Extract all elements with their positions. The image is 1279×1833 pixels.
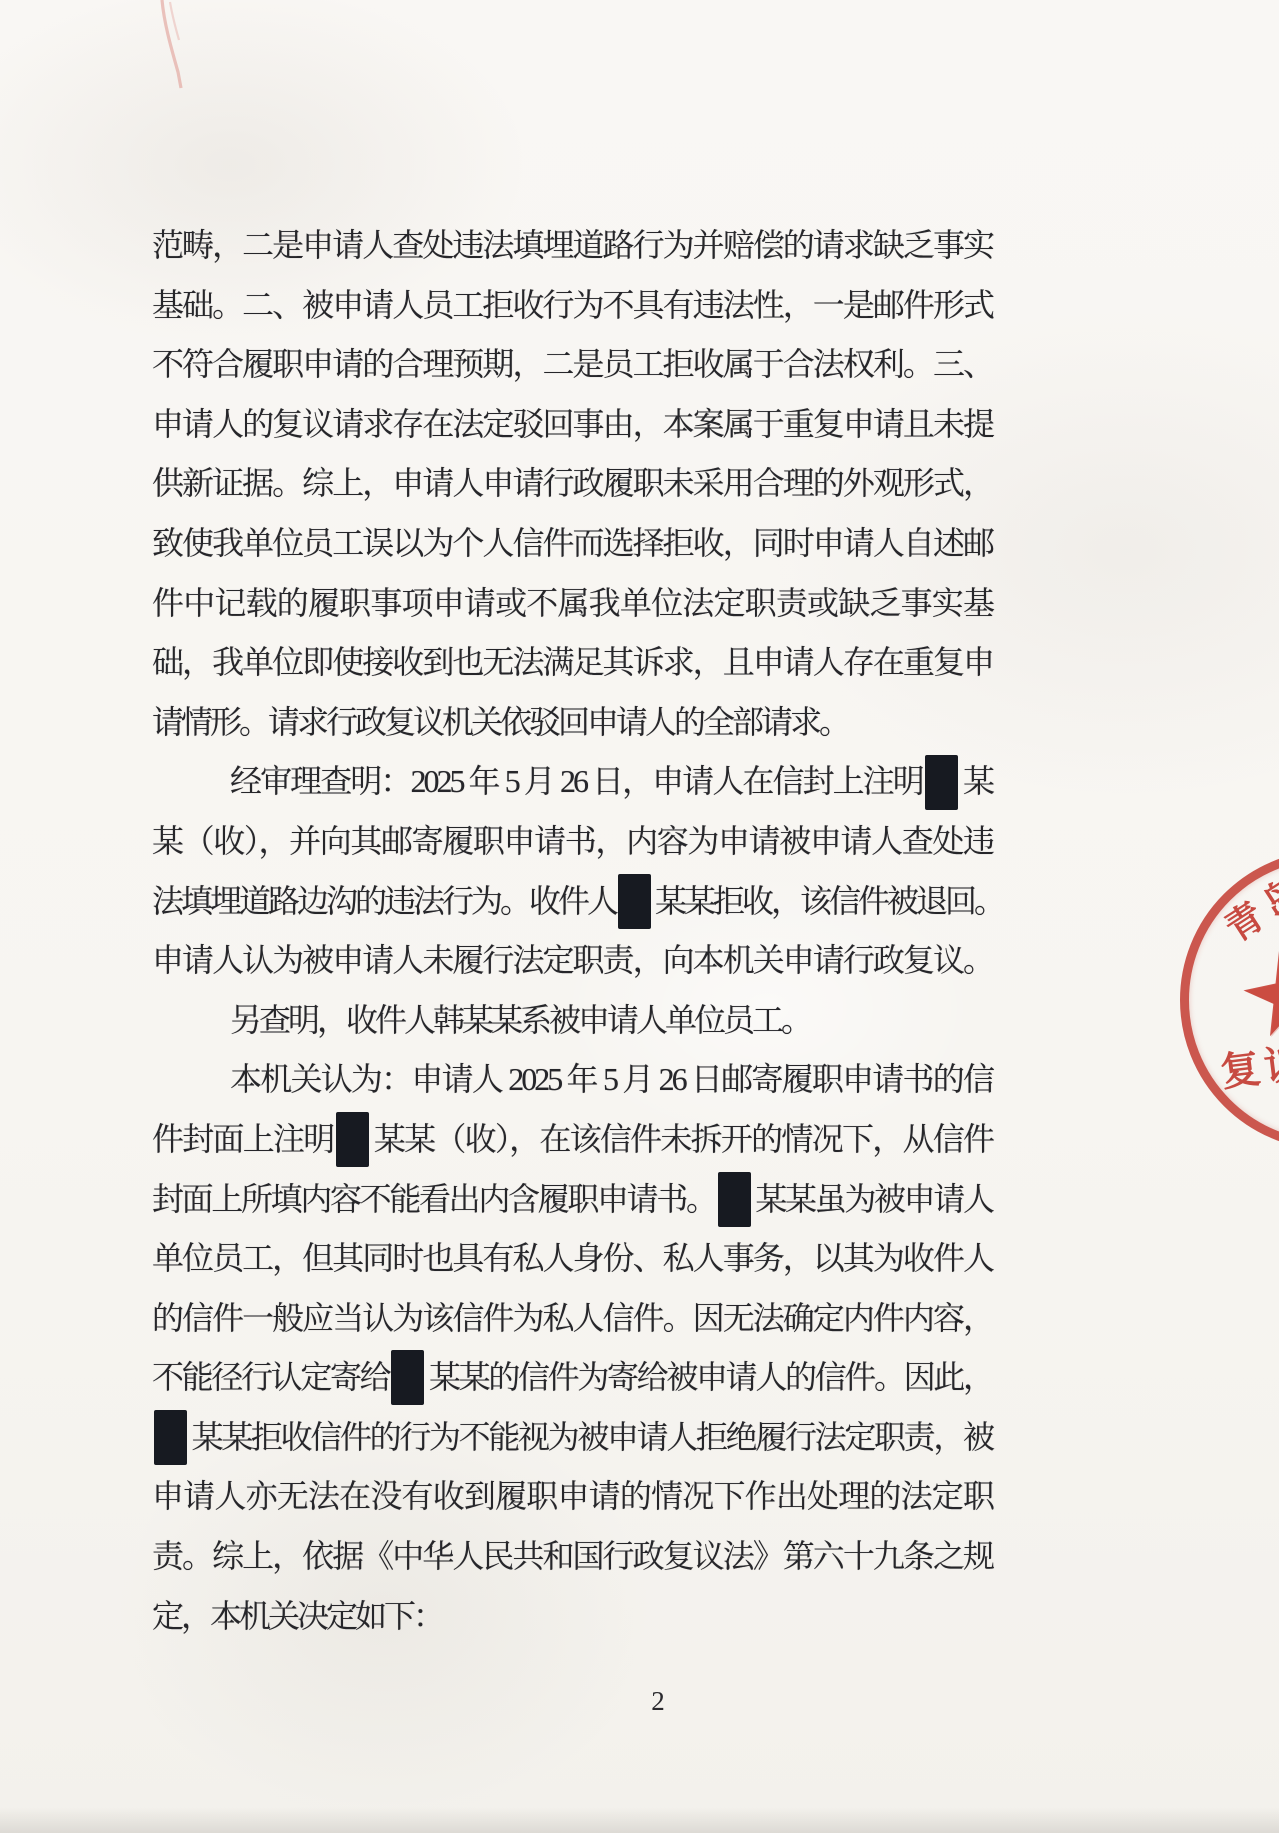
redaction-box	[718, 1172, 751, 1227]
redaction-box	[336, 1112, 369, 1167]
redaction-box	[618, 874, 651, 929]
seal-arc-bottom-text: 复议	[1217, 1031, 1279, 1098]
seal-ring	[1180, 850, 1279, 1150]
redaction-box	[925, 755, 958, 810]
seal-star-icon: ★	[1227, 929, 1279, 1059]
document-line: 法填埋道路边沟的违法行为。收件人某某拒收，该信件被退回。	[152, 872, 992, 932]
document-line: 本机关认为：申请人 2025 年 5 月 26 日邮寄履职申请书的信	[152, 1050, 992, 1110]
document-line: 不符合履职申请的合理预期，二是员工拒收属于合法权利。三、	[152, 335, 992, 395]
document-line: 申请人认为被申请人未履行法定职责，向本机关申请行政复议。	[152, 931, 992, 991]
document-line: 不能径行认定寄给某某的信件为寄给被申请人的信件。因此，	[152, 1348, 992, 1408]
seal-arc-top-text: 青岛	[1213, 858, 1279, 952]
document-line: 某某拒收信件的行为不能视为被申请人拒绝履行法定职责，被	[152, 1408, 992, 1468]
document-line: 单位员工，但其同时也具有私人身份、私人事务，以其为收件人	[152, 1229, 992, 1289]
document-line: 供新证据。综上，申请人申请行政履职未采用合理的外观形式，	[152, 454, 992, 514]
document-line: 致使我单位员工误以为个人信件而选择拒收，同时申请人自述邮	[152, 514, 992, 574]
document-line: 基础。二、被申请人员工拒收行为不具有违法性，一是邮件形式	[152, 276, 992, 336]
scanned-document-page: 范畴，二是申请人查处违法填埋道路行为并赔偿的请求缺乏事实基础。二、被申请人员工拒…	[0, 0, 1279, 1833]
official-seal: 青岛 ★ 复议	[1180, 850, 1279, 1150]
redaction-box	[391, 1350, 424, 1405]
document-line: 另查明，收件人韩某某系被申请人单位员工。	[152, 991, 992, 1051]
document-body: 范畴，二是申请人查处违法填埋道路行为并赔偿的请求缺乏事实基础。二、被申请人员工拒…	[152, 216, 992, 1646]
document-line: 申请人的复议请求存在法定驳回事由，本案属于重复申请且未提	[152, 395, 992, 455]
document-line: 定，本机关决定如下：	[152, 1587, 992, 1647]
document-line: 经审理查明：2025 年 5 月 26 日，申请人在信封上注明某	[152, 752, 992, 812]
document-line: 请情形。请求行政复议机关依驳回申请人的全部请求。	[152, 693, 992, 753]
page-number: 2	[598, 1686, 718, 1717]
document-line: 范畴，二是申请人查处违法填埋道路行为并赔偿的请求缺乏事实	[152, 216, 992, 276]
document-line: 件封面上注明某某（收），在该信件未拆开的情况下，从信件	[152, 1110, 992, 1170]
document-line: 申请人亦无法在没有收到履职申请的情况下作出处理的法定职	[152, 1467, 992, 1527]
document-line: 责。综上，依据《中华人民共和国行政复议法》第六十九条之规	[152, 1527, 992, 1587]
document-line: 础，我单位即使接收到也无法满足其诉求，且申请人存在重复申	[152, 633, 992, 693]
document-line: 件中记载的履职事项申请或不属我单位法定职责或缺乏事实基	[152, 574, 992, 634]
document-line: 封面上所填内容不能看出内含履职申请书。某某虽为被申请人	[152, 1170, 992, 1230]
document-line: 某（收），并向其邮寄履职申请书，内容为申请被申请人查处违	[152, 812, 992, 872]
redaction-box	[154, 1410, 187, 1465]
red-pen-mark	[148, 0, 218, 100]
document-line: 的信件一般应当认为该信件为私人信件。因无法确定内件内容，	[152, 1289, 992, 1349]
